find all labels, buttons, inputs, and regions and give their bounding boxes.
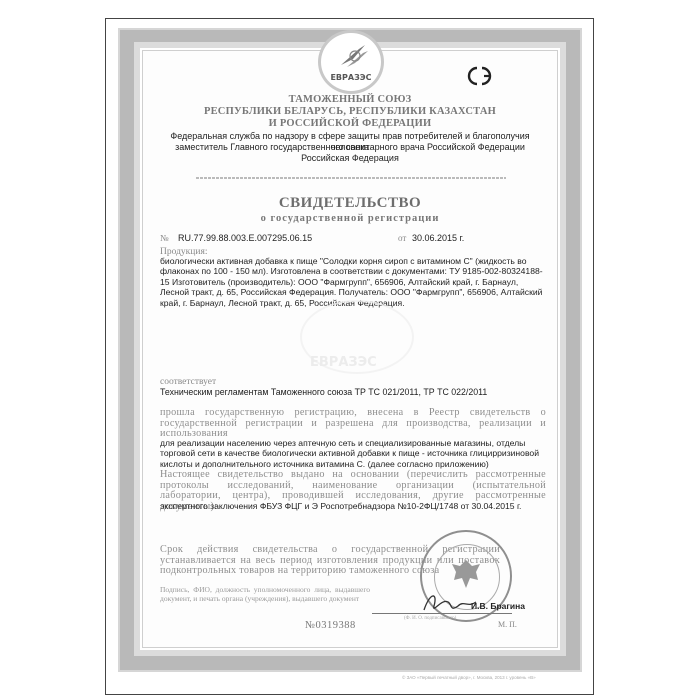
watermark-text: ЕВРАЗЭС bbox=[310, 355, 377, 370]
union-title-line-1: ТАМОЖЕННЫЙ СОЮЗ bbox=[150, 94, 550, 105]
printer-imprint: © ЗАО «Первый печатный двор», г. Москва,… bbox=[402, 675, 536, 680]
conformity-regulations: Техническим регламентам Таможенного союз… bbox=[160, 387, 546, 397]
date-label: от bbox=[398, 233, 406, 243]
eurasec-emblem: ЕВРАЗЭС bbox=[318, 30, 384, 94]
union-title-line-2: РЕСПУБЛИКИ БЕЛАРУСЬ, РЕСПУБЛИКИ КАЗАХСТА… bbox=[150, 106, 550, 117]
microtext-line bbox=[196, 177, 506, 179]
registration-date: 30.06.2015 г. bbox=[412, 233, 464, 243]
stamp-place-label: М. П. bbox=[498, 620, 517, 629]
registration-number: RU.77.99.88.003.E.007295.06.15 bbox=[178, 233, 312, 243]
eurasec-emblem-icon bbox=[339, 43, 369, 69]
signature-line-caption: (Ф. И. О. подписавшего) bbox=[404, 616, 456, 621]
blank-number: №0319388 bbox=[305, 620, 356, 631]
signer-name: И.В. Брагина bbox=[471, 601, 525, 611]
document-subtitle: о государственной регистрации bbox=[150, 213, 550, 224]
number-label: № bbox=[160, 233, 169, 243]
usage-scope: для реализации населению через аптечную … bbox=[160, 438, 546, 469]
agency-line-2: заместитель Главного государственного са… bbox=[150, 142, 550, 153]
emblem-label: ЕВРАЗЭС bbox=[321, 73, 381, 82]
signature-line bbox=[372, 613, 512, 614]
customs-union-conformity-mark-icon bbox=[462, 64, 498, 88]
basis-document: экспертного заключения ФБУЗ ФЦГ и Э Росп… bbox=[160, 501, 546, 511]
conformity-label: соответствует bbox=[160, 377, 216, 387]
document-title: СВИДЕТЕЛЬСТВО bbox=[150, 195, 550, 212]
union-title-line-3: И РОССИЙСКОЙ ФЕДЕРАЦИИ bbox=[150, 118, 550, 129]
registration-preamble: прошла государственную регистрацию, внес… bbox=[160, 408, 546, 440]
agency-line-3: Российская Федерация bbox=[150, 153, 550, 164]
signature-caption: Подпись, ФИО, должность уполномоченного … bbox=[160, 585, 370, 603]
